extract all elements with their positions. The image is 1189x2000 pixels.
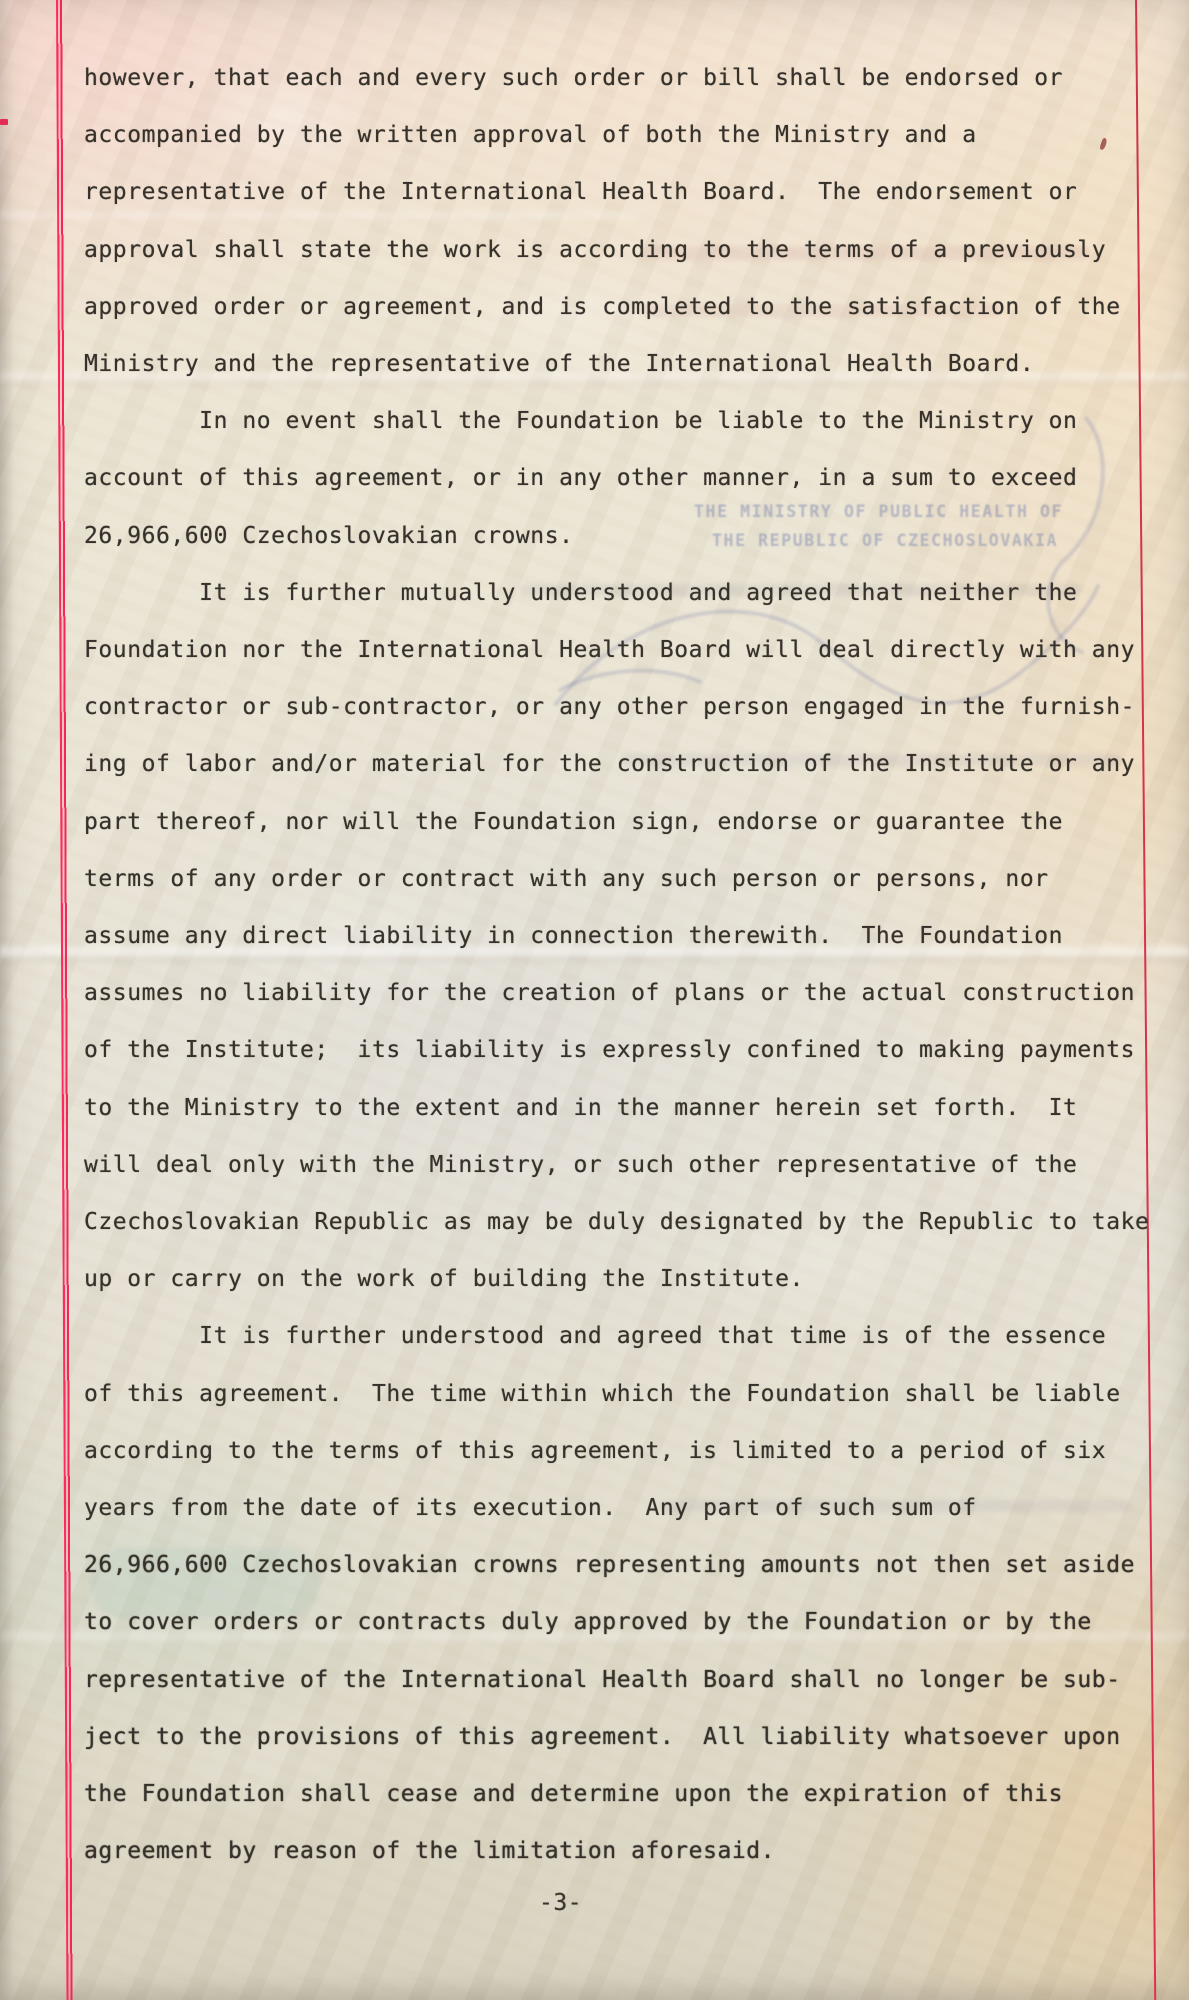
- typewritten-line: It is further mutually understood and ag…: [84, 565, 1184, 622]
- typewritten-line: assume any direct liability in connectio…: [84, 908, 1184, 965]
- typewritten-line: contractor or sub-contractor, or any oth…: [84, 679, 1184, 736]
- typewritten-line: ing of labor and/or material for the con…: [84, 736, 1184, 793]
- typewritten-line: to cover orders or contracts duly approv…: [84, 1594, 1184, 1651]
- typewritten-line: Czechoslovakian Republic as may be duly …: [84, 1194, 1184, 1251]
- typewritten-line: will deal only with the Ministry, or suc…: [84, 1137, 1184, 1194]
- typewritten-line: ject to the provisions of this agreement…: [84, 1709, 1184, 1766]
- typewritten-line: It is further understood and agreed that…: [84, 1308, 1184, 1365]
- typewritten-text: however, that each and every such order …: [84, 50, 1184, 1881]
- typewritten-line: 26,966,600 Czechoslovakian crowns.: [84, 508, 1184, 565]
- typewritten-line: of this agreement. The time within which…: [84, 1366, 1184, 1423]
- typewritten-line: account of this agreement, or in any oth…: [84, 450, 1184, 507]
- typewritten-line: of the Institute; its liability is expre…: [84, 1022, 1184, 1079]
- typewritten-line: representative of the International Heal…: [84, 164, 1184, 221]
- document-page: THE MINISTRY OF PUBLIC HEALTH OF THE REP…: [0, 0, 1189, 2000]
- typewritten-line: approval shall state the work is accordi…: [84, 222, 1184, 279]
- red-edge-mark: [0, 119, 8, 125]
- typewritten-line: representative of the International Heal…: [84, 1652, 1184, 1709]
- typewritten-line: according to the terms of this agreement…: [84, 1423, 1184, 1480]
- typewritten-line: Foundation nor the International Health …: [84, 622, 1184, 679]
- page-number: -3-: [539, 1890, 582, 1916]
- typewritten-line: assumes no liability for the creation of…: [84, 965, 1184, 1022]
- typewritten-line: up or carry on the work of building the …: [84, 1251, 1184, 1308]
- typewritten-line: In no event shall the Foundation be liab…: [84, 393, 1184, 450]
- typewritten-line: the Foundation shall cease and determine…: [84, 1766, 1184, 1823]
- typewritten-line: 26,966,600 Czechoslovakian crowns repres…: [84, 1537, 1184, 1594]
- typewritten-line: terms of any order or contract with any …: [84, 851, 1184, 908]
- typewritten-line: however, that each and every such order …: [84, 50, 1184, 107]
- left-margin-rule: [56, 0, 74, 2000]
- typewritten-line: approved order or agreement, and is comp…: [84, 279, 1184, 336]
- typewritten-line: to the Ministry to the extent and in the…: [84, 1080, 1184, 1137]
- typewritten-line: part thereof, nor will the Foundation si…: [84, 794, 1184, 851]
- typewritten-line: Ministry and the representative of the I…: [84, 336, 1184, 393]
- typewritten-line: accompanied by the written approval of b…: [84, 107, 1184, 164]
- typewritten-line: agreement by reason of the limitation af…: [84, 1823, 1184, 1880]
- typewritten-line: years from the date of its execution. An…: [84, 1480, 1184, 1537]
